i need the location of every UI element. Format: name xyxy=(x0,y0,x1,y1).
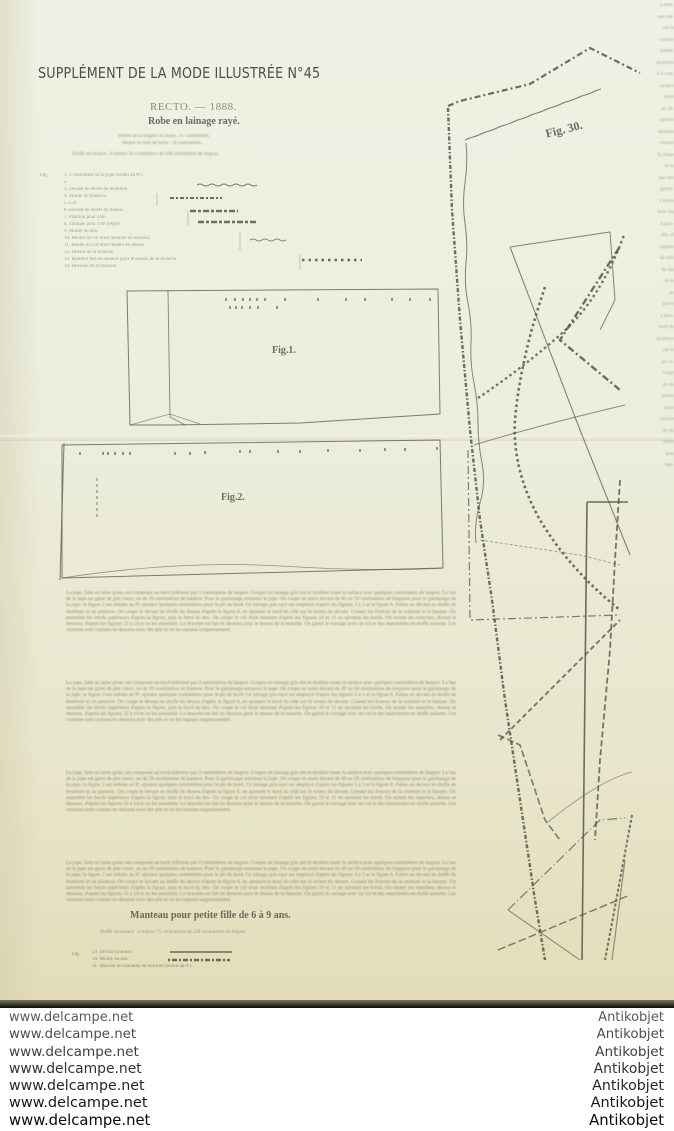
watermark-site: www.delcampe.net xyxy=(9,1027,136,1042)
legend-item: 31. Manche du manteau de fourrure (rédui… xyxy=(92,964,192,969)
watermark-site: www.delcampe.net xyxy=(9,1078,145,1094)
watermark-seller: Antikobjet xyxy=(598,1010,664,1025)
scanned-pattern-sheet: SUPPLÉMENT DE LA MODE ILLUSTRÉE N°45 REC… xyxy=(0,0,674,1008)
watermark-row: www.delcampe.net Antikobjet xyxy=(0,1095,674,1112)
fig1-label: Fig.1. xyxy=(272,345,296,356)
watermark-seller: Antikobjet xyxy=(591,1095,664,1111)
instructions-paragraph: La jupe, faite en laine grise, est compo… xyxy=(66,590,456,633)
section-fabric-requirement: Étoffe nécessaire : 2 mètres 75 centimèt… xyxy=(100,930,247,935)
instructions-paragraph-continued: La jupe, faite en laine grise, est compo… xyxy=(66,680,456,723)
watermark-site: www.delcampe.net xyxy=(9,1061,142,1077)
watermark-row: www.delcampe.net Antikobjet xyxy=(0,1027,674,1044)
legend-item: 30. Moitié du dos. xyxy=(92,957,129,962)
instructions-paragraph-end: La jupe, faite en laine grise, est compo… xyxy=(66,860,456,904)
watermark-row: www.delcampe.net Antikobjet xyxy=(0,1044,674,1061)
watermark-row: www.delcampe.net Antikobjet xyxy=(0,1112,674,1129)
watermark-row: www.delcampe.net Antikobjet xyxy=(0,1078,674,1095)
legend-prefix: Fig. xyxy=(72,952,80,957)
watermark-site: www.delcampe.net xyxy=(9,1095,148,1111)
watermark-seller: Antikobjet xyxy=(592,1078,664,1094)
watermark-seller: Antikobjet xyxy=(597,1027,664,1042)
watermark-row: www.delcampe.net Antikobjet xyxy=(0,1010,674,1027)
scan-bottom-edge xyxy=(0,1000,674,1008)
watermark-seller: Antikobjet xyxy=(589,1112,664,1129)
adjacent-column-text: à dess- une mé- sur le couture tombe; do… xyxy=(622,0,674,472)
watermark-row: www.delcampe.net Antikobjet xyxy=(0,1061,674,1078)
section-title-manteau: Manteau pour petite fille de 6 à 9 ans. xyxy=(130,910,291,921)
fig2-label: Fig.2. xyxy=(221,492,245,503)
watermark-site: www.delcampe.net xyxy=(9,1112,150,1129)
instructions-paragraph-continued: La jupe, faite en laine grise, est compo… xyxy=(66,770,456,813)
legend-item: 29. Devant (moitié). xyxy=(92,950,133,955)
watermark-seller: Antikobjet xyxy=(594,1061,664,1077)
watermark-site: www.delcampe.net xyxy=(9,1010,133,1025)
watermark-site: www.delcampe.net xyxy=(9,1044,139,1060)
watermark-seller: Antikobjet xyxy=(595,1044,664,1060)
watermark-block: www.delcampe.net Antikobjet www.delcampe… xyxy=(0,1010,674,1129)
pattern-drawing xyxy=(0,0,674,1008)
